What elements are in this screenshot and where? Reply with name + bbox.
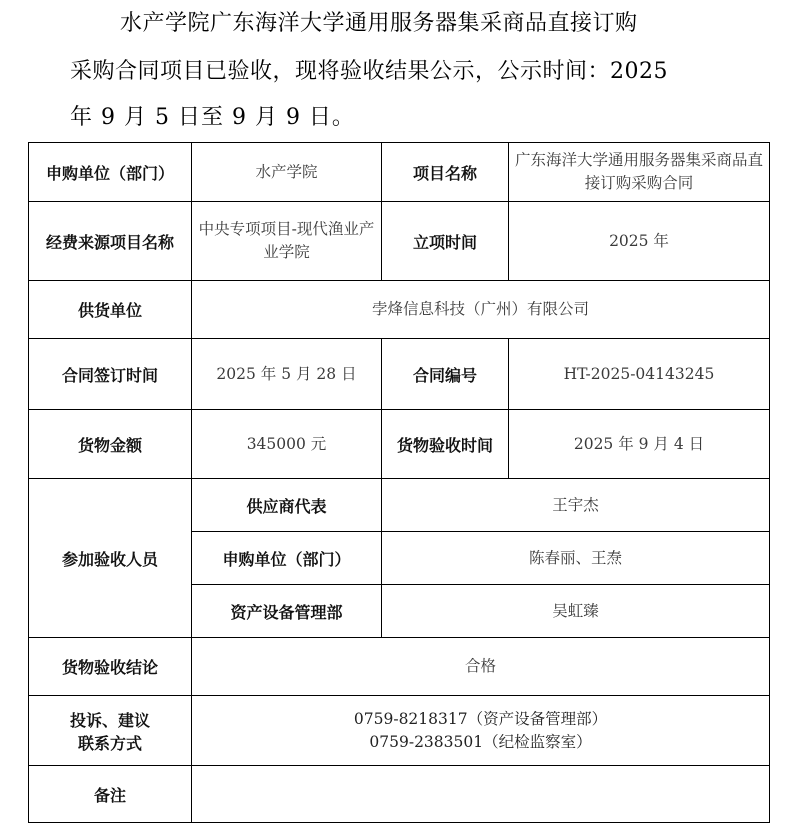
contact-phone-asset-dept: 0759-8218317（资产设备管理部） xyxy=(198,708,763,731)
supplier-label: 供货单位 xyxy=(29,281,192,339)
participant-names: 王宇杰 xyxy=(382,479,770,532)
table-row: 经费来源项目名称 中央专项项目-现代渔业产业学院 立项时间 2025 年 xyxy=(29,202,770,281)
purchasing-unit-label: 申购单位（部门） xyxy=(29,143,192,202)
amount-value: 345000 元 xyxy=(192,410,382,479)
amount-label: 货物金额 xyxy=(29,410,192,479)
contract-date-label: 合同签订时间 xyxy=(29,339,192,410)
acceptance-table: 申购单位（部门） 水产学院 项目名称 广东海洋大学通用服务器集采商品直接订购采购… xyxy=(28,142,770,823)
contact-phone-discipline-office: 0759-2383501（纪检监察室） xyxy=(198,731,763,754)
remarks-label: 备注 xyxy=(29,766,192,823)
table-row: 投诉、建议 联系方式 0759-8218317（资产设备管理部） 0759-23… xyxy=(29,696,770,766)
participant-role: 供应商代表 xyxy=(192,479,382,532)
intro-line-3: 年 9 月 5 日至 9 月 9 日。 xyxy=(70,98,355,138)
table-row: 申购单位（部门） 水产学院 项目名称 广东海洋大学通用服务器集采商品直接订购采购… xyxy=(29,143,770,202)
supplier-value: 孛烽信息科技（广州）有限公司 xyxy=(192,281,770,339)
contract-date-value: 2025 年 5 月 28 日 xyxy=(192,339,382,410)
table-row: 供货单位 孛烽信息科技（广州）有限公司 xyxy=(29,281,770,339)
contact-value: 0759-8218317（资产设备管理部） 0759-2383501（纪检监察室… xyxy=(192,696,770,766)
contact-label-line-1: 投诉、建议 xyxy=(35,708,185,731)
participant-role: 申购单位（部门） xyxy=(192,532,382,585)
participants-label: 参加验收人员 xyxy=(29,479,192,638)
project-time-value: 2025 年 xyxy=(509,202,770,281)
participant-names: 吴虹臻 xyxy=(382,585,770,638)
table-row: 货物金额 345000 元 货物验收时间 2025 年 9 月 4 日 xyxy=(29,410,770,479)
intro-line-1: 水产学院广东海洋大学通用服务器集采商品直接订购 xyxy=(120,4,638,44)
project-name-label: 项目名称 xyxy=(382,143,509,202)
funding-source-label: 经费来源项目名称 xyxy=(29,202,192,281)
project-name-value: 广东海洋大学通用服务器集采商品直接订购采购合同 xyxy=(509,143,770,202)
project-time-label: 立项时间 xyxy=(382,202,509,281)
conclusion-value: 合格 xyxy=(192,638,770,696)
conclusion-label: 货物验收结论 xyxy=(29,638,192,696)
table-row: 备注 xyxy=(29,766,770,823)
acceptance-time-label: 货物验收时间 xyxy=(382,410,509,479)
purchasing-unit-value: 水产学院 xyxy=(192,143,382,202)
participant-role: 资产设备管理部 xyxy=(192,585,382,638)
remarks-value xyxy=(192,766,770,823)
contact-label: 投诉、建议 联系方式 xyxy=(29,696,192,766)
acceptance-time-value: 2025 年 9 月 4 日 xyxy=(509,410,770,479)
contract-no-value: HT-2025-04143245 xyxy=(509,339,770,410)
funding-source-value: 中央专项项目-现代渔业产业学院 xyxy=(192,202,382,281)
contact-label-line-2: 联系方式 xyxy=(35,731,185,754)
contract-no-label: 合同编号 xyxy=(382,339,509,410)
table-row: 合同签订时间 2025 年 5 月 28 日 合同编号 HT-2025-0414… xyxy=(29,339,770,410)
intro-line-2: 采购合同项目已验收，现将验收结果公示，公示时间：2025 xyxy=(70,52,668,92)
participant-names: 陈春丽、王焘 xyxy=(382,532,770,585)
table-row: 货物验收结论 合格 xyxy=(29,638,770,696)
table-row: 参加验收人员 供应商代表 王宇杰 xyxy=(29,479,770,532)
